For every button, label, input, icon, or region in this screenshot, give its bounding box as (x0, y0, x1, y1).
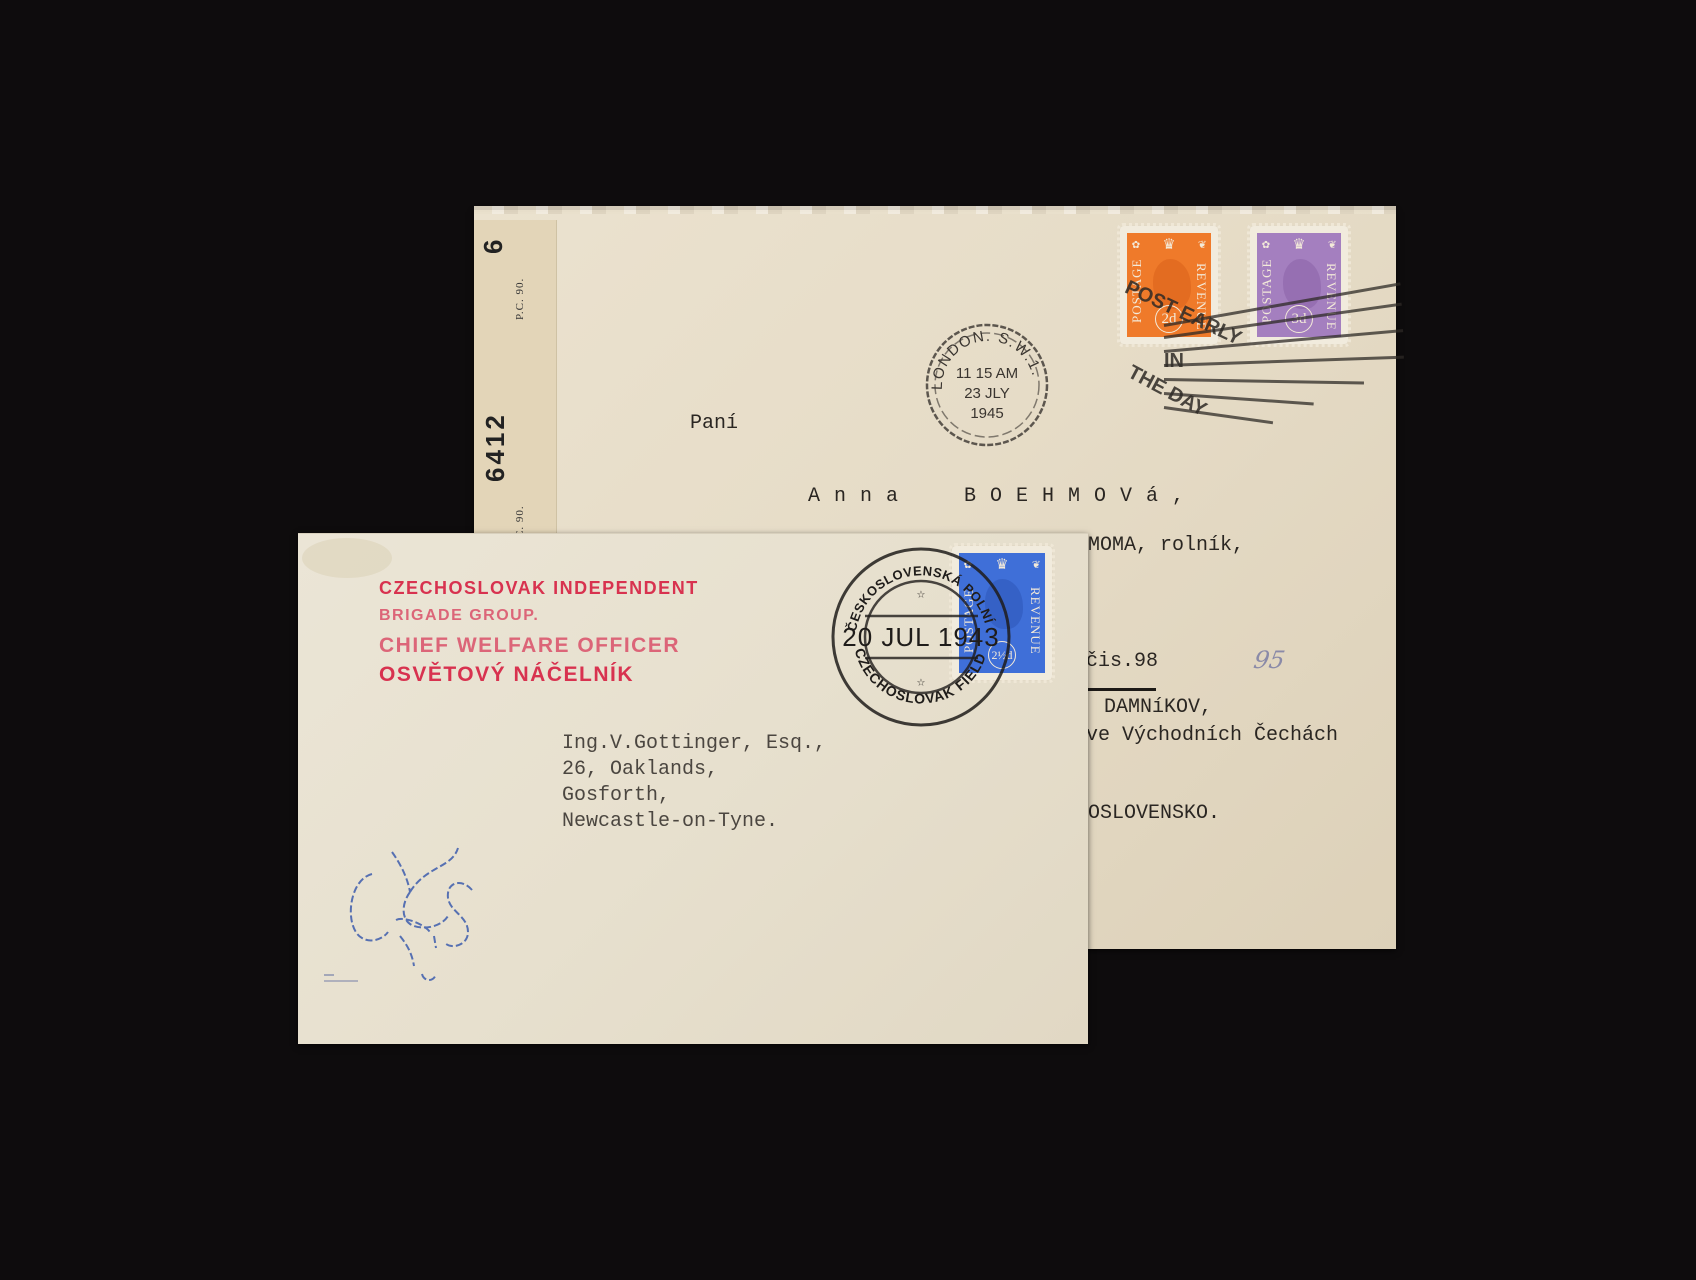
field-post-top-text: ČESKOSLOVENSKÁ POLNÍ POŠTA (828, 544, 998, 633)
cachet-line-2: BRIGADE GROUP. (379, 607, 539, 625)
address-line-4: DAMNíKOV, (1104, 696, 1212, 719)
address-line-5: ve Východních Čechách (1086, 724, 1338, 747)
recipient-line-4: Newcastle-on-Tyne. (562, 810, 778, 833)
cachet-line-3: CHIEF WELFARE OFFICER (379, 634, 680, 658)
address-line-3: čis.98 (1086, 650, 1158, 673)
recipient-line-3: Gosforth, (562, 784, 670, 807)
london-postmark-time: 11 15 AM (956, 365, 1018, 382)
slogan-line-2: IN (1164, 350, 1184, 373)
crown-icon: ♛ (1164, 236, 1175, 254)
paper-stain (302, 538, 392, 578)
svg-text:ČESKOSLOVENSKÁ POLNÍ POŠTA: ČESKOSLOVENSKÁ POLNÍ POŠTA (828, 544, 998, 633)
recipient-line-2: 26, Oaklands, (562, 758, 718, 781)
london-postmark: LONDON. S.W.1. 11 15 AM 23 JLY 1945 (922, 320, 1052, 450)
pencil-mark (324, 980, 358, 982)
field-post-postmark: ☆ ☆ ČESKOSLOVENSKÁ POLNÍ POŠTA CZECHOSLO… (828, 544, 1014, 730)
address-line-6: OSLOVENSKO. (1088, 802, 1220, 825)
star-icon: ☆ (917, 675, 926, 691)
london-postmark-date: 23 JLY (964, 385, 1010, 402)
rose-icon: ✿ (1262, 237, 1270, 252)
thistle-icon: ❦ (1328, 237, 1336, 252)
cachet-line-1: CZECHOSLOVAK INDEPENDENT (379, 578, 699, 599)
pencil-note: 95 (1252, 646, 1287, 674)
torn-top-edge (474, 206, 1396, 214)
thistle-icon: ❦ (1198, 237, 1206, 252)
stamp-3d-violet: ✿ ♛ ❦ POSTAGE REVENUE 3d (1250, 226, 1348, 344)
address-line-2: MOMA, rolník, (1088, 534, 1244, 557)
pencil-mark (324, 974, 334, 976)
thistle-icon: ❦ (1032, 557, 1040, 572)
address-salutation: Paní (690, 412, 738, 435)
censor-number: 6412 (480, 412, 511, 482)
star-icon: ☆ (917, 587, 926, 603)
censor-number-partial: 6 (478, 240, 509, 254)
stamp-postage-text: POSTAGE (1259, 263, 1277, 323)
rose-icon: ✿ (1132, 237, 1140, 252)
cachet-line-4: OSVĚTOVÝ NÁČELNÍK (379, 663, 634, 687)
field-post-date: 20 JUL 1943 (842, 622, 999, 652)
winged-monogram-icon (334, 846, 484, 986)
recipient-line-1: Ing.V.Gottinger, Esq., (562, 732, 826, 755)
crown-icon: ♛ (1294, 236, 1305, 254)
stamp-revenue-text: REVENUE (1025, 583, 1043, 659)
address-name: Anna BOEHMOVá, (808, 485, 1198, 508)
address-underline (1086, 688, 1156, 691)
censor-form-code: P.C. 90. (514, 278, 526, 320)
front-envelope-1943: CZECHOSLOVAK INDEPENDENT BRIGADE GROUP. … (298, 533, 1088, 1044)
london-postmark-year: 1945 (970, 405, 1003, 422)
